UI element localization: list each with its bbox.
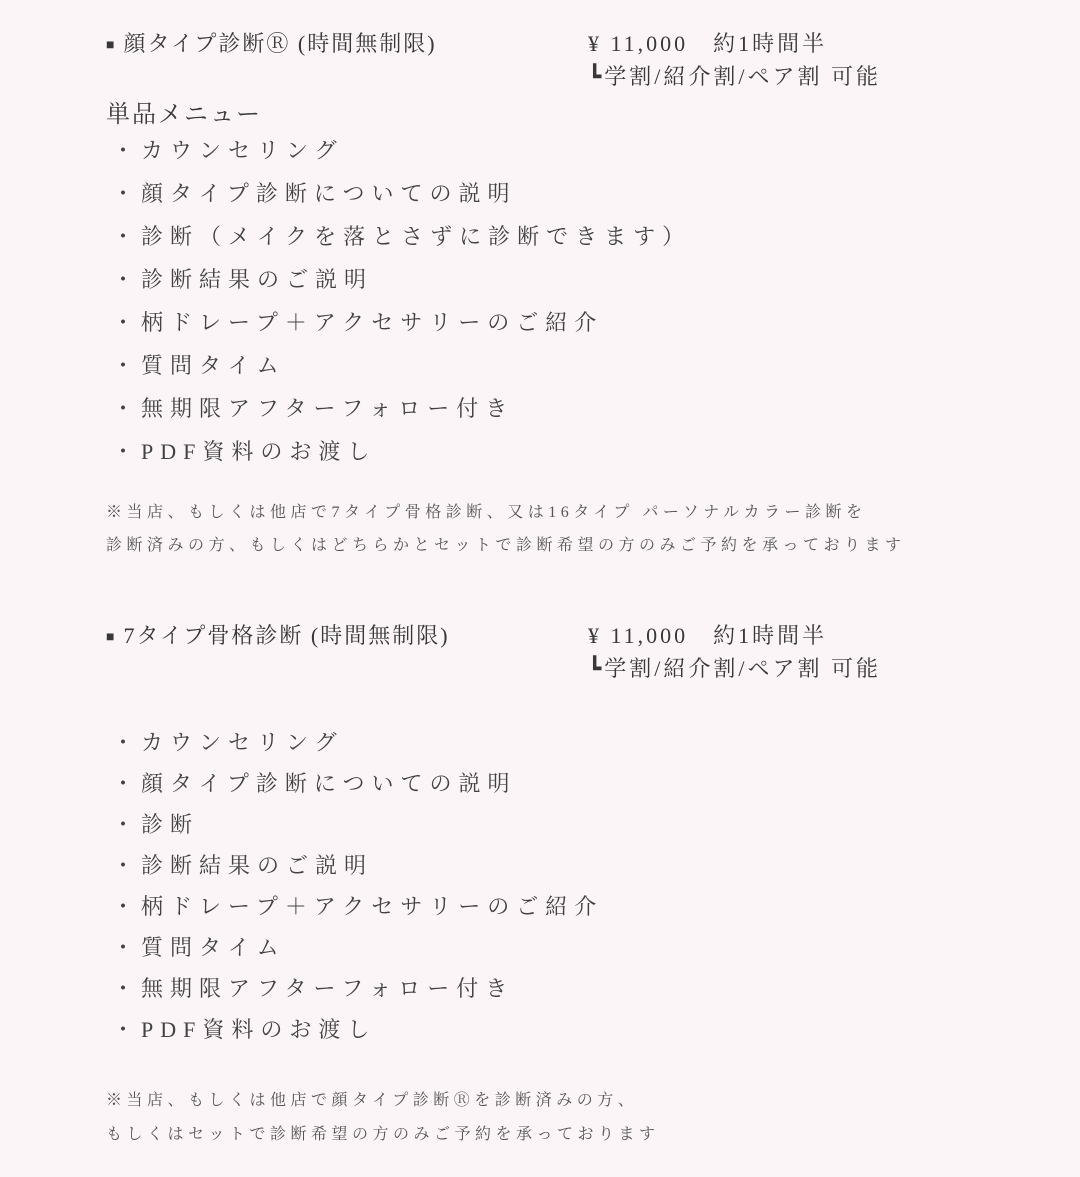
list-item: ・診断結果のご説明 — [112, 258, 691, 301]
bullet-icon: ・ — [112, 310, 141, 335]
list-item: ・PDF資料のお渡し — [112, 1009, 603, 1050]
list-item-text: 顔タイプ診断についての説明 — [141, 181, 516, 206]
bullet-icon: ・ — [112, 224, 141, 249]
list-item-text: 診断 — [141, 812, 199, 837]
list-item: ・無期限アフターフォロー付き — [112, 387, 691, 430]
bullet-icon: ・ — [112, 853, 141, 878]
bullet-icon: ・ — [112, 267, 141, 292]
section-face-type-price: ¥ 11,000 約1時間半 — [588, 31, 827, 57]
list-item-text: カウンセリング — [141, 730, 344, 755]
section-title-text: 7タイプ骨格診断 (時間無制限) — [123, 623, 449, 648]
section-skeletal-discount: ┗学割/紹介割/ペア割 可能 — [588, 656, 881, 682]
bullet-icon: ・ — [112, 353, 141, 378]
bullet-icon: ・ — [112, 396, 141, 421]
bullet-icon: ・ — [112, 1017, 141, 1042]
skeletal-menu-list: ・カウンセリング ・顔タイプ診断についての説明 ・診断 ・診断結果のご説明 ・柄… — [112, 722, 603, 1050]
bullet-icon: ・ — [112, 935, 141, 960]
single-menu-subtitle: 単品メニュー — [106, 101, 262, 130]
list-item: ・柄ドレープ＋アクセサリーのご紹介 — [112, 301, 691, 344]
bullet-icon: ・ — [112, 138, 141, 163]
bullet-icon: ・ — [112, 976, 141, 1001]
section-face-type-title: ■顔タイプ診断Ⓡ (時間無制限) — [106, 31, 437, 57]
list-item-text: 質問タイム — [141, 353, 286, 378]
list-item-text: 質問タイム — [141, 935, 286, 960]
list-item: ・診断 — [112, 804, 603, 845]
bullet-icon: ・ — [112, 771, 141, 796]
footnote-line: もしくはセットで診断希望の方のみご予約を承っております — [106, 1118, 660, 1152]
list-item-text: PDF資料のお渡し — [141, 1017, 376, 1042]
section-skeletal-price: ¥ 11,000 約1時間半 — [588, 623, 827, 649]
list-item-text: 診断結果のご説明 — [141, 267, 373, 292]
list-item: ・質問タイム — [112, 344, 691, 387]
footnote-line: 診断済みの方、もしくはどちらかとセットで診断希望の方のみご予約を承っております — [106, 529, 906, 562]
section-title-text: 顔タイプ診断Ⓡ (時間無制限) — [123, 31, 436, 56]
list-item-text: 無期限アフターフォロー付き — [141, 396, 514, 421]
bullet-icon: ・ — [112, 730, 141, 755]
list-item: ・質問タイム — [112, 927, 603, 968]
list-item: ・診断結果のご説明 — [112, 845, 603, 886]
footnote-line: ※当店、もしくは他店で7タイプ骨格診断、又は16タイプ パーソナルカラー診断を — [106, 496, 906, 529]
square-marker-icon: ■ — [106, 630, 114, 645]
list-item: ・カウンセリング — [112, 129, 691, 172]
section-skeletal-title: ■7タイプ骨格診断 (時間無制限) — [106, 623, 450, 649]
bullet-icon: ・ — [112, 181, 141, 206]
skeletal-footnote: ※当店、もしくは他店で顔タイプ診断Ⓡを診断済みの方、 もしくはセットで診断希望の… — [106, 1084, 660, 1152]
footnote-line: ※当店、もしくは他店で顔タイプ診断Ⓡを診断済みの方、 — [106, 1084, 660, 1118]
bullet-icon: ・ — [112, 812, 141, 837]
list-item-text: 柄ドレープ＋アクセサリーのご紹介 — [141, 310, 603, 335]
list-item-text: カウンセリング — [141, 138, 344, 163]
face-type-menu-list: ・カウンセリング ・顔タイプ診断についての説明 ・診断（メイクを落とさずに診断で… — [112, 129, 691, 473]
section-face-type-discount: ┗学割/紹介割/ペア割 可能 — [588, 64, 881, 90]
list-item-text: 無期限アフターフォロー付き — [141, 976, 514, 1001]
bullet-icon: ・ — [112, 439, 141, 464]
list-item-text: 診断（メイクを落とさずに診断できます） — [141, 224, 691, 249]
square-marker-icon: ■ — [106, 38, 114, 53]
list-item: ・顔タイプ診断についての説明 — [112, 763, 603, 804]
list-item: ・カウンセリング — [112, 722, 603, 763]
list-item-text: 柄ドレープ＋アクセサリーのご紹介 — [141, 894, 603, 919]
list-item-text: PDF資料のお渡し — [141, 439, 376, 464]
face-type-footnote: ※当店、もしくは他店で7タイプ骨格診断、又は16タイプ パーソナルカラー診断を … — [106, 496, 906, 562]
list-item: ・無期限アフターフォロー付き — [112, 968, 603, 1009]
list-item-text: 顔タイプ診断についての説明 — [141, 771, 516, 796]
list-item-text: 診断結果のご説明 — [141, 853, 373, 878]
bullet-icon: ・ — [112, 894, 141, 919]
list-item: ・PDF資料のお渡し — [112, 430, 691, 473]
list-item: ・診断（メイクを落とさずに診断できます） — [112, 215, 691, 258]
list-item: ・顔タイプ診断についての説明 — [112, 172, 691, 215]
list-item: ・柄ドレープ＋アクセサリーのご紹介 — [112, 886, 603, 927]
